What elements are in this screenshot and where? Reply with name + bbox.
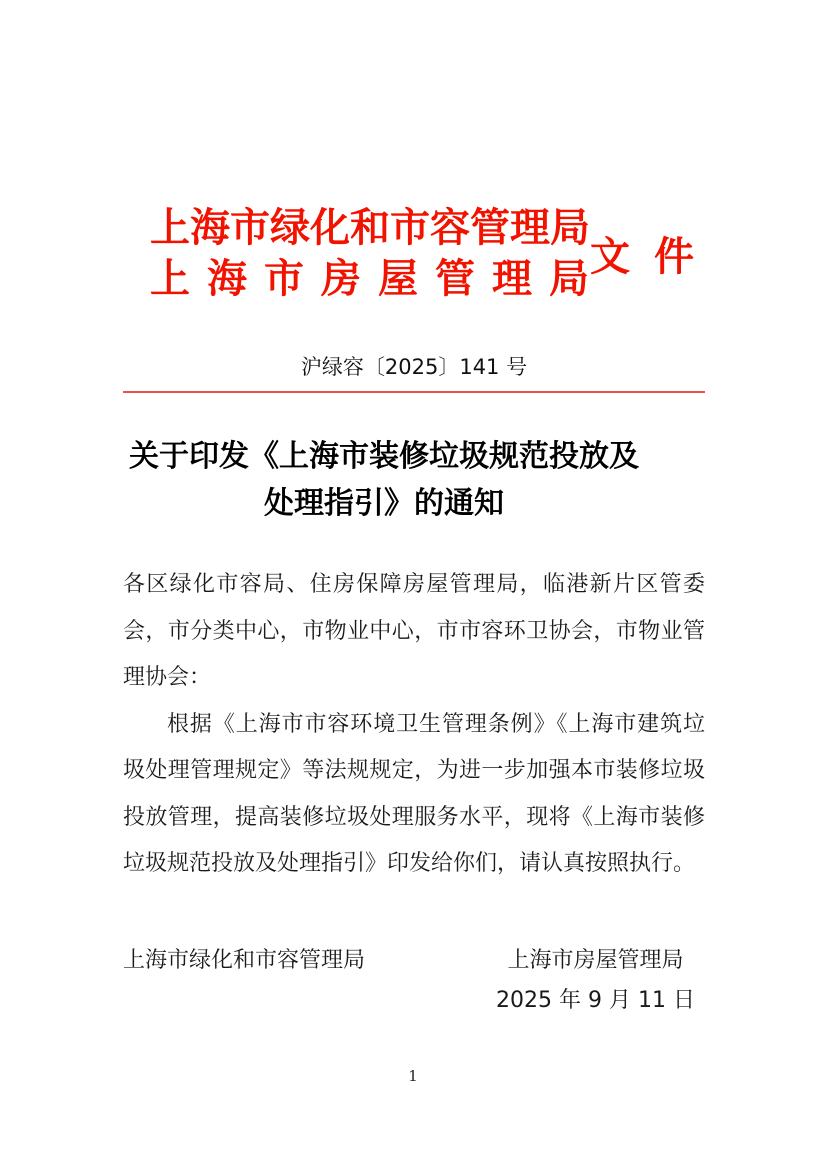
official-document-page: 上海市绿化和市容管理局 上海市房屋管理局 文件 沪绿容〔2025〕141 号 关… (0, 0, 826, 1169)
page-number: 1 (0, 1066, 826, 1086)
agency-name-greening-bureau: 上海市绿化和市容管理局 (150, 202, 590, 253)
recipients-paragraph: 各区绿化市容局、住房保障房屋管理局，临港新片区管委会，市分类中心，市物业中心，市… (123, 562, 705, 702)
issuing-agencies: 上海市绿化和市容管理局 上海市房屋管理局 (150, 202, 590, 304)
signature-date: 2025 年 9 月 11 日 (496, 986, 695, 1016)
document-title-line1: 关于印发《上海市装修垃圾规范投放及 (123, 433, 645, 480)
letterhead: 上海市绿化和市容管理局 上海市房屋管理局 文件 (123, 0, 705, 304)
red-separator-line (123, 391, 705, 393)
document-body: 各区绿化市容局、住房保障房屋管理局，临港新片区管委会，市分类中心，市物业中心，市… (123, 562, 705, 888)
document-number: 沪绿容〔2025〕141 号 (123, 352, 705, 382)
signature-left-agency: 上海市绿化和市容管理局 (123, 946, 365, 976)
signature-block: 上海市绿化和市容管理局 上海市房屋管理局 2025 年 9 月 11 日 (123, 946, 705, 1016)
document-title-line2: 处理指引》的通知 (123, 480, 645, 527)
signature-right-block: 上海市房屋管理局 2025 年 9 月 11 日 (496, 946, 695, 1016)
agency-name-housing-bureau: 上海市房屋管理局 (150, 253, 607, 304)
signature-right-agency: 上海市房屋管理局 (496, 946, 695, 976)
main-paragraph: 根据《上海市市容环境卫生管理条例》《上海市建筑垃圾处理管理规定》等法规规定，为进… (123, 702, 705, 888)
document-content: 上海市绿化和市容管理局 上海市房屋管理局 文件 沪绿容〔2025〕141 号 关… (0, 0, 826, 1016)
document-title: 关于印发《上海市装修垃圾规范投放及 处理指引》的通知 (123, 433, 705, 527)
document-type-label: 文件 (590, 225, 718, 282)
